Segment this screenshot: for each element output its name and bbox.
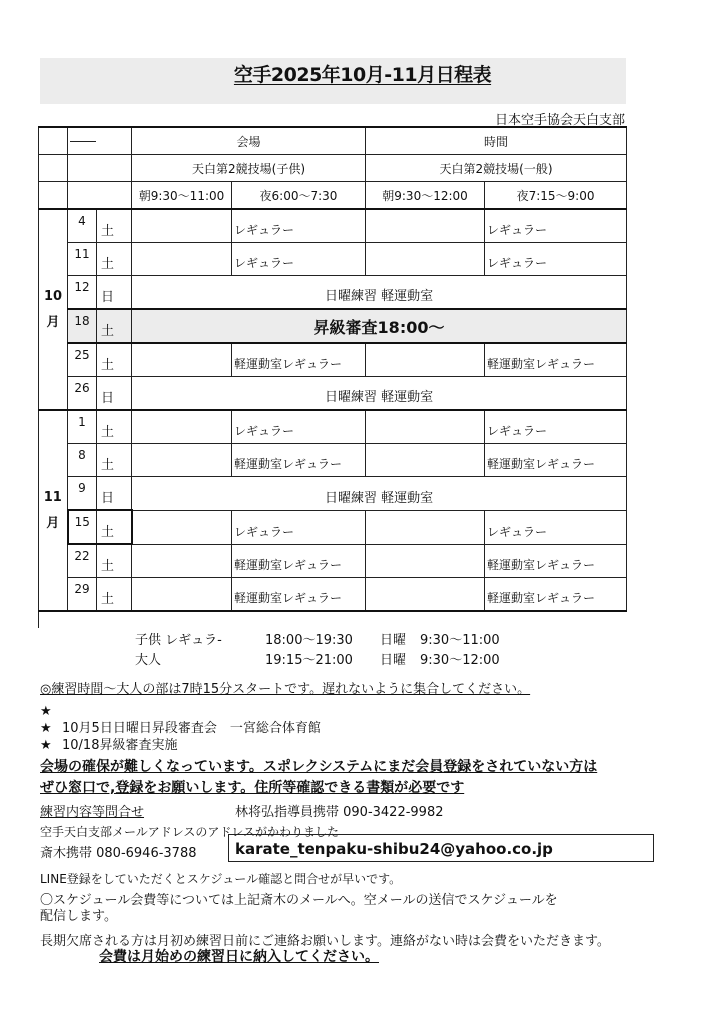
slot-cell xyxy=(366,209,485,243)
instructor-phone: 林将弘指導員携帯 090-3422-9982 xyxy=(235,805,444,820)
announcement-item: ★ xyxy=(40,703,321,720)
table-row: 25 土 軽運動室レギュラー 軽運動室レギュラー xyxy=(39,343,627,377)
weekday-cell: 土 xyxy=(97,343,132,377)
sunday-practice-cell: 日曜練習 軽運動室 xyxy=(132,276,627,310)
practice-sunday-time: 9:30〜12:00 xyxy=(420,651,500,671)
sunday-practice-cell: 日曜練習 軽運動室 xyxy=(132,377,627,411)
slot-cell xyxy=(132,544,232,578)
month-suffix: 月 xyxy=(46,516,59,531)
date-cell: 12 xyxy=(68,276,97,310)
date-cell: 8 xyxy=(68,444,97,477)
table-row: 11月 1 土 レギュラー レギュラー xyxy=(39,410,627,444)
slot-cell xyxy=(366,510,485,544)
venue-kids: 天白第2競技場(子供) xyxy=(132,155,366,182)
practice-time-row-kids: 子供 レギュラ- 18:00〜19:30 日曜 9:30〜11:00 xyxy=(135,631,500,651)
slot-cell: 軽運動室レギュラー xyxy=(232,578,366,612)
venue-notice-line: ぜひ窓口で,登録をお願いします。住所等確認できる書類が必要です xyxy=(40,778,597,799)
slot-cell: レギュラー xyxy=(232,510,366,544)
inquiry-label: 練習内容等問合せ xyxy=(40,801,235,820)
date-cell: 26 xyxy=(68,377,97,411)
slot-cell xyxy=(132,410,232,444)
slot-cell xyxy=(132,243,232,276)
left-rule-line xyxy=(38,612,39,628)
date-cell: 9 xyxy=(68,477,97,511)
slot-cell xyxy=(132,510,232,544)
slot-cell: レギュラー xyxy=(485,243,627,276)
slot-cell xyxy=(366,343,485,377)
slot-cell xyxy=(366,410,485,444)
date-cell: 1 xyxy=(68,410,97,444)
weekday-cell: 土 xyxy=(97,578,132,612)
page-title-text: 空手2025年10月-11月日程表 xyxy=(234,64,491,86)
month-suffix: 月 xyxy=(46,315,59,330)
dash-mark xyxy=(70,141,96,142)
star-icon: ★ xyxy=(40,703,62,720)
date-cell: 22 xyxy=(68,544,97,578)
weekday-cell: 土 xyxy=(97,410,132,444)
saiki-phone: 斎木携帯 080-6946-3788 xyxy=(40,842,197,861)
slot-cell: レギュラー xyxy=(485,410,627,444)
slot-cell xyxy=(366,544,485,578)
table-row: 29 土 軽運動室レギュラー 軽運動室レギュラー xyxy=(39,578,627,612)
time-slot-3: 朝9:30〜12:00 xyxy=(366,182,485,210)
practice-weekday-time: 18:00〜19:30 xyxy=(265,631,380,651)
schedule-note-line: 配信します。 xyxy=(40,909,558,925)
header-blank xyxy=(39,182,68,210)
weekday-cell: 土 xyxy=(97,444,132,477)
practice-weekday-time: 19:15〜21:00 xyxy=(265,651,380,671)
table-row: 26 日 日曜練習 軽運動室 xyxy=(39,377,627,411)
inquiry-contact: 練習内容等問合せ林将弘指導員携帯 090-3422-9982 xyxy=(40,801,444,820)
announcement-text: 10月5日日曜日昇段審査会 一宮総合体育館 xyxy=(62,721,321,736)
slot-cell: 軽運動室レギュラー xyxy=(485,343,627,377)
schedule-fee-note: 〇スケジュール会費等については上記斎木のメールへ。空メールの送信でスケジュールを… xyxy=(40,893,558,925)
practice-group: 子供 レギュラ- xyxy=(135,631,265,651)
table-row: 8 土 軽運動室レギュラー 軽運動室レギュラー xyxy=(39,444,627,477)
grading-exam-cell: 昇級審査18:00〜 xyxy=(132,309,627,343)
line-registration-note: LINE登録をしていただくとスケジュール確認と問合せが早いです。 xyxy=(40,870,401,887)
weekday-cell: 土 xyxy=(97,309,132,343)
header-row-groups: 会場 時間 xyxy=(39,127,627,155)
month-number: 10 xyxy=(44,289,62,304)
slot-cell: 軽運動室レギュラー xyxy=(485,544,627,578)
slot-cell: 軽運動室レギュラー xyxy=(232,544,366,578)
date-cell: 15 xyxy=(68,510,97,544)
month-number: 11 xyxy=(44,490,62,505)
venue-general: 天白第2競技場(一般) xyxy=(366,155,627,182)
slot-cell: レギュラー xyxy=(232,243,366,276)
star-icon: ★ xyxy=(40,737,62,754)
table-row: 9 日 日曜練習 軽運動室 xyxy=(39,477,627,511)
announcement-item: ★10/18昇級審査実施 xyxy=(40,737,321,754)
table-row-exam: 18 土 昇級審査18:00〜 xyxy=(39,309,627,343)
date-cell: 25 xyxy=(68,343,97,377)
header-blank xyxy=(39,155,68,182)
announcements: ★ ★10月5日日曜日昇段審査会 一宮総合体育館 ★10/18昇級審査実施 xyxy=(40,703,321,754)
header-dash-cell xyxy=(68,127,132,155)
month-october: 10月 xyxy=(39,209,68,410)
slot-cell: レギュラー xyxy=(485,510,627,544)
slot-cell: 軽運動室レギュラー xyxy=(485,578,627,612)
weekday-cell: 土 xyxy=(97,209,132,243)
schedule-table: 会場 時間 天白第2競技場(子供) 天白第2競技場(一般) 朝9:30〜11:0… xyxy=(38,126,627,612)
email-address[interactable]: karate_tenpaku-shibu24@yahoo.co.jp xyxy=(228,834,654,862)
slot-cell: 軽運動室レギュラー xyxy=(485,444,627,477)
slot-cell xyxy=(132,578,232,612)
fee-payment-note: 会費は月始めの練習日に納入してください。 xyxy=(99,946,379,966)
slot-cell xyxy=(132,343,232,377)
month-november: 11月 xyxy=(39,410,68,611)
header-row-venues: 天白第2競技場(子供) 天白第2競技場(一般) xyxy=(39,155,627,182)
weekday-cell: 土 xyxy=(97,544,132,578)
table-row: 15 土 レギュラー レギュラー xyxy=(39,510,627,544)
weekday-cell: 日 xyxy=(97,276,132,310)
header-blank xyxy=(39,127,68,155)
venue-notice-line: 会場の確保が難しくなっています。スポレクシステムにまだ会員登録をされていない方は xyxy=(40,757,597,778)
date-cell: 11 xyxy=(68,243,97,276)
table-row: 22 土 軽運動室レギュラー 軽運動室レギュラー xyxy=(39,544,627,578)
date-cell: 18 xyxy=(68,309,97,343)
date-cell: 4 xyxy=(68,209,97,243)
sunday-label: 日曜 xyxy=(380,631,420,651)
weekday-cell: 土 xyxy=(97,243,132,276)
slot-cell: レギュラー xyxy=(232,410,366,444)
practice-sunday-time: 9:30〜11:00 xyxy=(420,631,500,651)
slot-cell: レギュラー xyxy=(232,209,366,243)
slot-cell xyxy=(132,444,232,477)
sunday-label: 日曜 xyxy=(380,651,420,671)
slot-cell xyxy=(366,243,485,276)
weekday-cell: 日 xyxy=(97,377,132,411)
table-row: 10月 4 土 レギュラー レギュラー xyxy=(39,209,627,243)
slot-cell: 軽運動室レギュラー xyxy=(232,444,366,477)
announcement-text: 10/18昇級審査実施 xyxy=(62,738,177,753)
header-blank xyxy=(68,182,132,210)
sunday-practice-cell: 日曜練習 軽運動室 xyxy=(132,477,627,511)
star-icon: ★ xyxy=(40,720,62,737)
slot-cell xyxy=(132,209,232,243)
header-venue-group: 会場 xyxy=(132,127,366,155)
practice-time-note: ◎練習時間〜大人の部は7時15分スタートです。遅れないように集合してください。 xyxy=(40,678,530,697)
header-row-times: 朝9:30〜11:00 夜6:00〜7:30 朝9:30〜12:00 夜7:15… xyxy=(39,182,627,210)
weekday-cell: 日 xyxy=(97,477,132,511)
page-title: 空手2025年10月-11月日程表 xyxy=(0,60,725,87)
practice-times: 子供 レギュラ- 18:00〜19:30 日曜 9:30〜11:00 大人 19… xyxy=(135,631,500,671)
slot-cell xyxy=(366,578,485,612)
table-row: 11 土 レギュラー レギュラー xyxy=(39,243,627,276)
time-slot-1: 朝9:30〜11:00 xyxy=(132,182,232,210)
date-cell: 29 xyxy=(68,578,97,612)
slot-cell xyxy=(366,444,485,477)
header-blank xyxy=(68,155,132,182)
table-row: 12 日 日曜練習 軽運動室 xyxy=(39,276,627,310)
practice-group: 大人 xyxy=(135,651,265,671)
schedule-note-line: 〇スケジュール会費等については上記斎木のメールへ。空メールの送信でスケジュールを xyxy=(40,893,558,909)
slot-cell: レギュラー xyxy=(485,209,627,243)
time-slot-4: 夜7:15〜9:00 xyxy=(485,182,627,210)
venue-notice: 会場の確保が難しくなっています。スポレクシステムにまだ会員登録をされていない方は… xyxy=(40,757,597,799)
time-slot-2: 夜6:00〜7:30 xyxy=(232,182,366,210)
weekday-cell: 土 xyxy=(97,510,132,544)
header-time-group: 時間 xyxy=(366,127,627,155)
slot-cell: 軽運動室レギュラー xyxy=(232,343,366,377)
practice-time-row-adults: 大人 19:15〜21:00 日曜 9:30〜12:00 xyxy=(135,651,500,671)
announcement-item: ★10月5日日曜日昇段審査会 一宮総合体育館 xyxy=(40,720,321,737)
